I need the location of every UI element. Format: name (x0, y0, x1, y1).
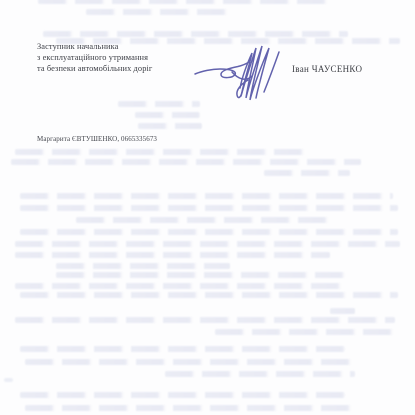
ghost-text-line (56, 263, 230, 269)
ghost-text-line (264, 170, 350, 176)
signer-title-block: Заступник начальника з експлуатаційного … (37, 41, 152, 74)
ghost-text-line (15, 283, 345, 289)
ghost-text-line (11, 159, 361, 165)
scanned-letter-page: Заступник начальника з експлуатаційного … (0, 0, 415, 415)
ghost-text-line (20, 346, 345, 352)
signer-name: Іван ЧАУСЕНКО (292, 64, 362, 74)
ghost-text-line (215, 329, 400, 335)
ghost-text-line (330, 308, 355, 314)
ghost-smudge (4, 378, 13, 382)
ghost-text-line (86, 9, 231, 15)
ghost-text-line (15, 149, 310, 155)
ghost-text-line (15, 241, 400, 247)
ghost-text-line (20, 292, 398, 298)
ghost-text-line (20, 392, 345, 398)
ghost-text-line (20, 205, 398, 211)
executor-contact-line: Маргарита ЄВТУШЕНКО, 0665335673 (37, 135, 157, 143)
ghost-text-line (15, 252, 330, 258)
signer-title-line: з експлуатаційного утримання (37, 52, 152, 63)
ghost-text-line (165, 371, 355, 377)
ghost-text-line (135, 112, 200, 118)
signature-ink (192, 36, 292, 104)
ghost-text-line (56, 272, 345, 278)
ghost-text-line (15, 317, 395, 323)
ghost-text-line (38, 0, 330, 4)
ghost-text-line (118, 101, 200, 107)
ghost-text-line (76, 217, 330, 223)
signer-title-line: Заступник начальника (37, 41, 152, 52)
ghost-text-line (25, 359, 355, 365)
ghost-text-line (25, 405, 357, 411)
ghost-text-line (20, 229, 398, 235)
ghost-text-line (138, 123, 202, 129)
signer-title-line: та безпеки автомобільних доріг (37, 63, 152, 74)
ghost-text-line (20, 193, 393, 199)
